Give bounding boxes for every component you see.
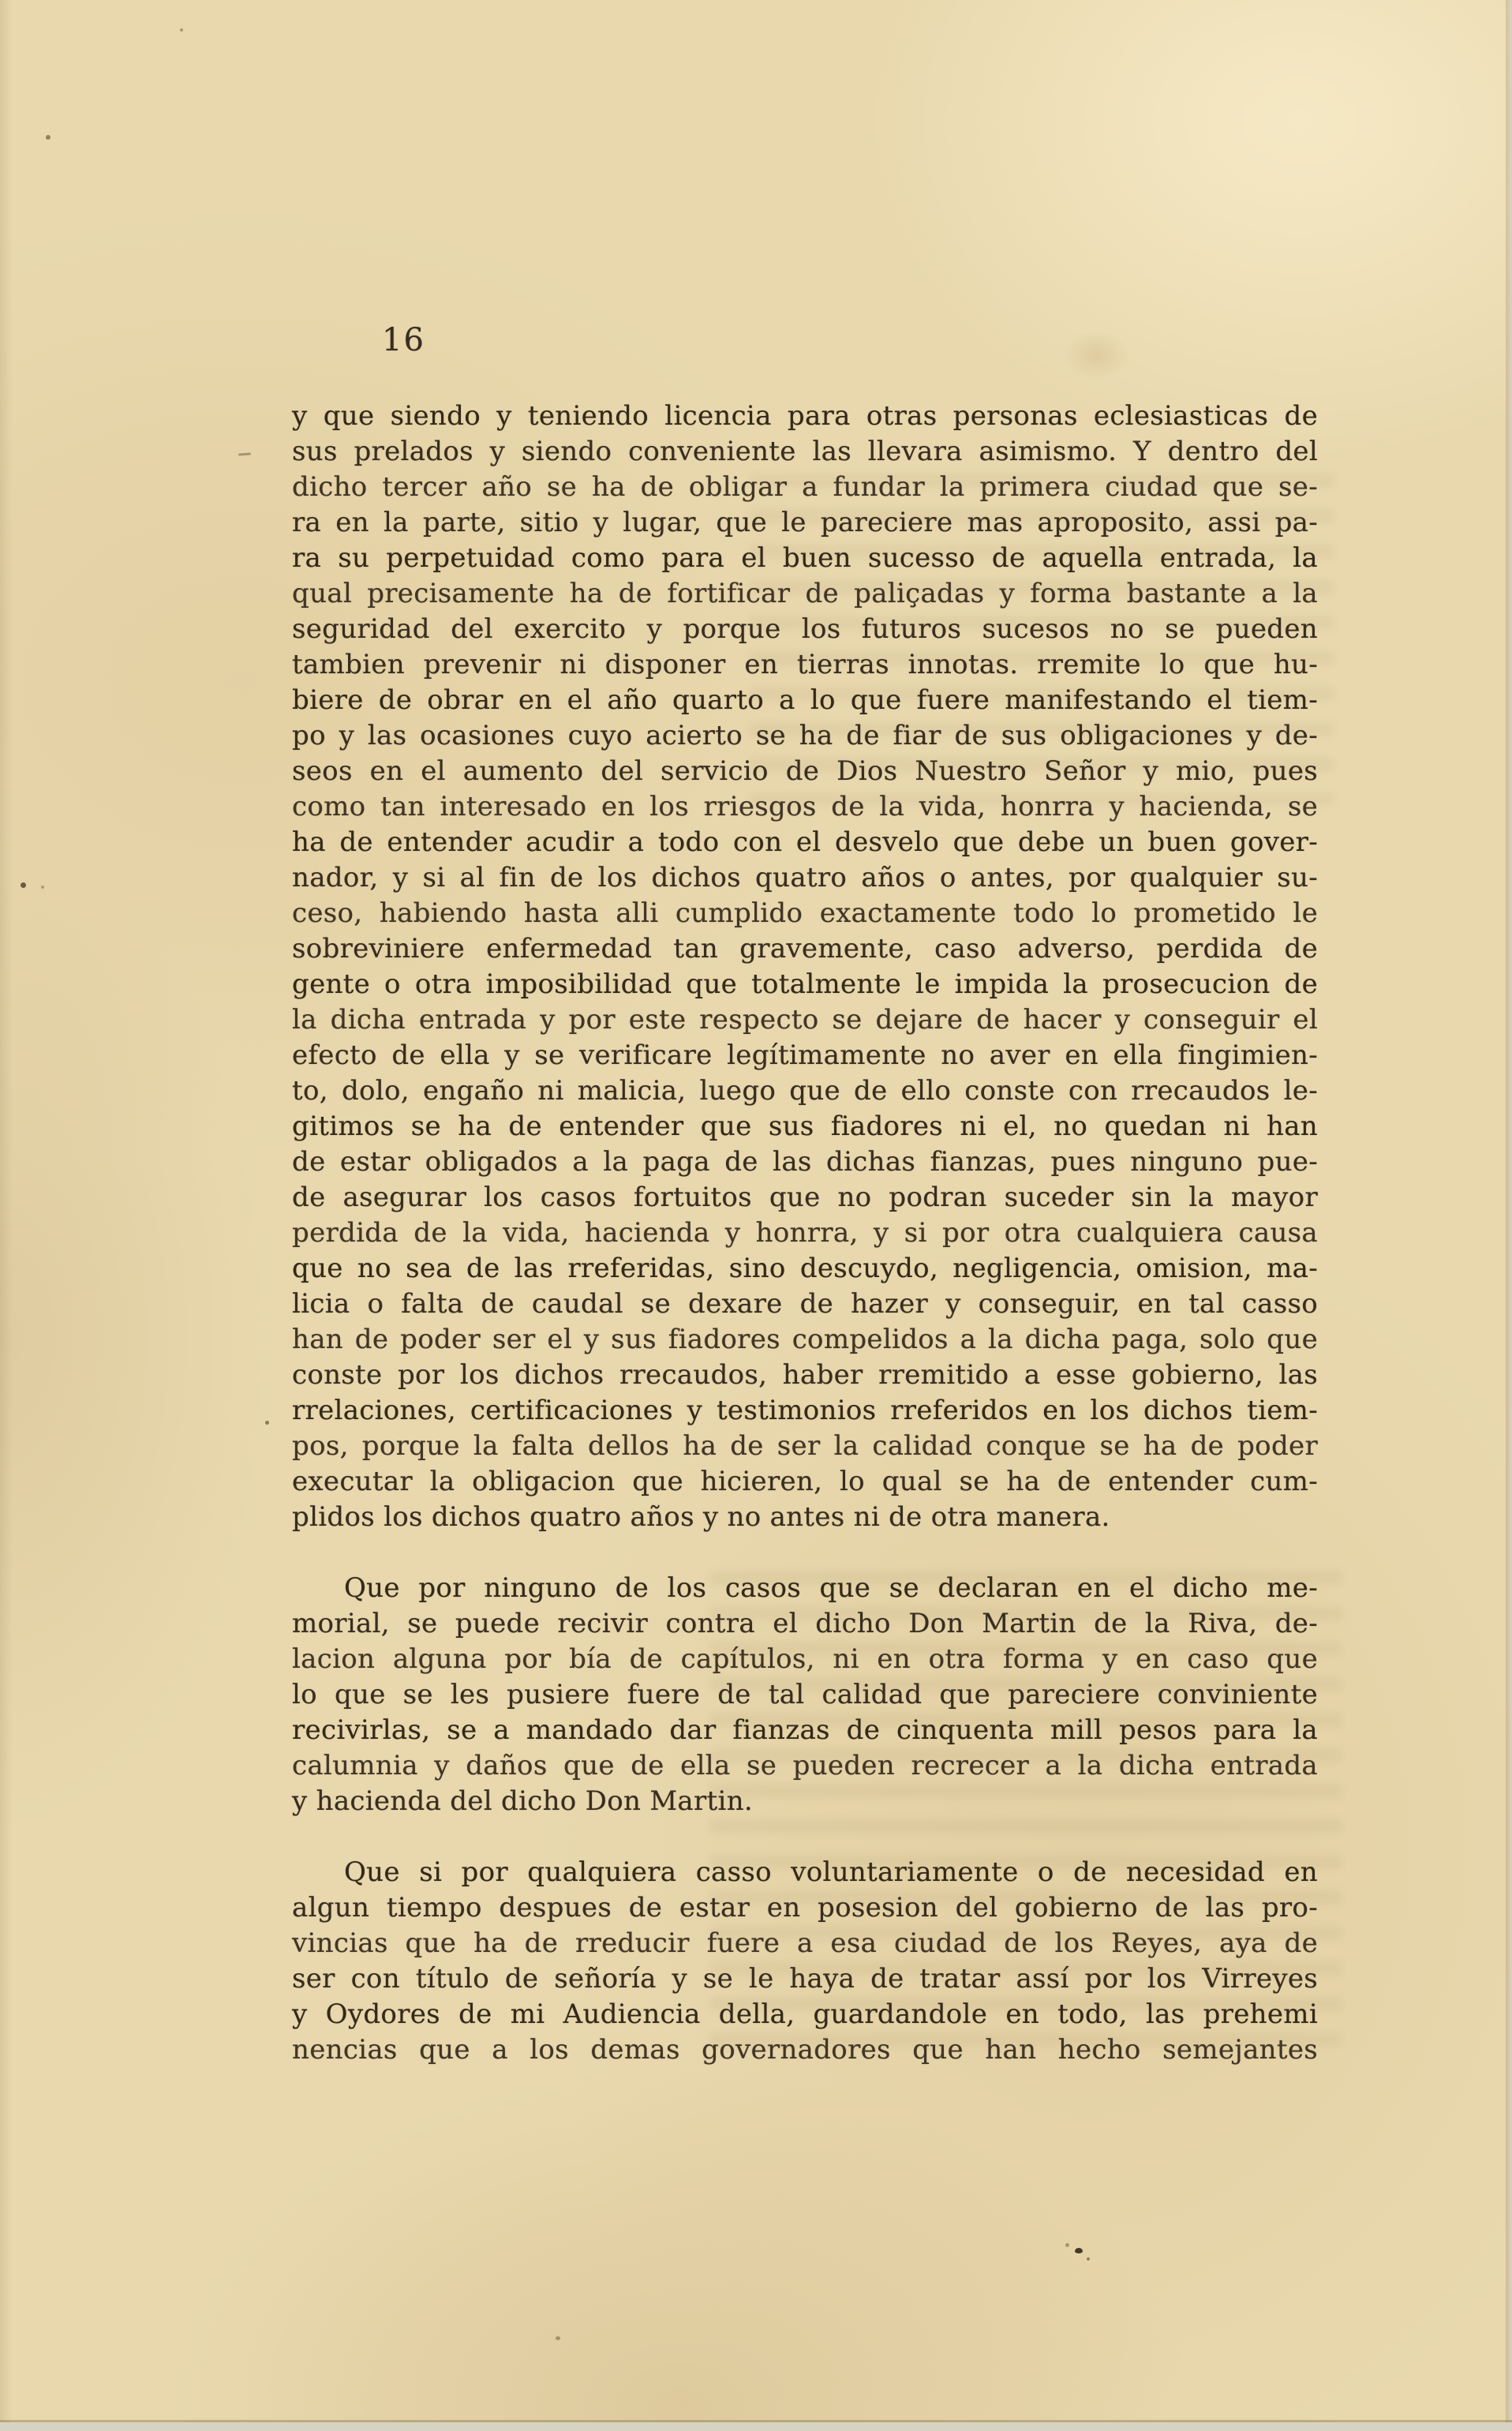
text-line: gitimos se ha de entender que sus fiador… [292,1109,1318,1144]
page-left-shade [0,0,13,2431]
text-line: to, dolo, engaño ni malicia, luego que d… [292,1073,1318,1109]
text-line: como tan interesado en los rriesgos de l… [292,789,1318,825]
scan-right-edge [1506,0,1512,2431]
text-line: ra en la parte, sitio y lugar, que le pa… [292,505,1318,541]
ink-speck [21,882,26,888]
ink-speck [556,2336,560,2340]
paragraph: y que siendo y teniendo licencia para ot… [292,399,1318,1535]
text-line: pos, porque la falta dellos ha de ser la… [292,1429,1318,1464]
text-block: y que siendo y teniendo licencia para ot… [292,399,1318,2068]
text-line: rrelaciones, certificaciones y testimoni… [292,1393,1318,1429]
text-line: vincias que ha de rreducir fuere a esa c… [292,1926,1318,1961]
text-line: biere de obrar en el año quarto a lo que… [292,683,1318,718]
text-line: ha de entender acudir a todo con el desv… [292,825,1318,860]
text-line: seos en el aumento del servicio de Dios … [292,754,1318,789]
ink-speck [1065,2243,1069,2247]
text-line: plidos los dichos quatro años y no antes… [292,1500,1318,1535]
text-line: recivirlas, se a mandado dar fianzas de … [292,1713,1318,1748]
text-line: executar la obligacion que hicieren, lo … [292,1464,1318,1500]
ink-speck [1075,2248,1083,2253]
text-line: Que por ninguno de los casos que se decl… [292,1571,1318,1606]
scanned-book-page: 16 y que siendo y teniendo licencia para… [0,0,1512,2431]
margin-mark [238,452,251,455]
text-line: conste por los dichos rrecaudos, haber r… [292,1358,1318,1393]
text-line: de asegurar los casos fortuitos que no p… [292,1180,1318,1215]
text-line: calumnia y daños que de ella se pueden r… [292,1748,1318,1784]
text-line: perdida de la vida, hacienda y honrra, y… [292,1215,1318,1251]
text-line: nador, y si al fin de los dichos quatro … [292,860,1318,896]
ink-speck [46,135,51,140]
text-line: morial, se puede recivir contra el dicho… [292,1606,1318,1642]
text-line: que no sea de las rreferidas, sino descu… [292,1251,1318,1287]
text-line: de estar obligados a la paga de las dich… [292,1144,1318,1180]
text-line: nencias que a los demas governadores que… [292,2032,1318,2068]
text-line: gente o otra imposibilidad que totalment… [292,967,1318,1002]
text-line: lo que se les pusiere fuere de tal calid… [292,1677,1318,1713]
scan-bottom-edge [0,2420,1512,2431]
text-line: y Oydores de mi Audiencia della, guardan… [292,1997,1318,2032]
text-line: tambien prevenir ni disponer en tierras … [292,647,1318,683]
text-line: po y las ocasiones cuyo acierto se ha de… [292,718,1318,754]
text-line: licia o falta de caudal se dexare de haz… [292,1287,1318,1322]
text-line: qual precisamente ha de fortificar de pa… [292,576,1318,612]
paragraph: Que si por qualquiera casso voluntariame… [292,1855,1318,2068]
ink-speck [1087,2257,1090,2261]
ink-speck [180,28,183,32]
text-line: sobreviniere enfermedad tan gravemente, … [292,931,1318,967]
ink-speck [41,886,44,889]
ink-speck [265,1421,269,1425]
text-line: han de poder ser el y sus fiadores compe… [292,1322,1318,1358]
text-line: algun tiempo despues de estar en posesio… [292,1890,1318,1926]
text-line: sus prelados y siendo conveniente las ll… [292,434,1318,470]
text-line: la dicha entrada y por este respecto se … [292,1002,1318,1038]
text-line: ra su perpetuidad como para el buen suce… [292,541,1318,576]
text-line: Que si por qualquiera casso voluntariame… [292,1855,1318,1890]
paragraph: Que por ninguno de los casos que se decl… [292,1571,1318,1819]
text-line: y que siendo y teniendo licencia para ot… [292,399,1318,434]
page-number: 16 [382,322,425,358]
text-line: lacion alguna por bía de capítulos, ni e… [292,1642,1318,1677]
text-line: y hacienda del dicho Don Martin. [292,1784,1318,1819]
text-line: ceso, habiendo hasta alli cumplido exact… [292,896,1318,931]
text-line: ser con título de señoría y se le haya d… [292,1961,1318,1997]
text-line: dicho tercer año se ha de obligar a fund… [292,470,1318,505]
text-line: efecto de ella y se verificare legítimam… [292,1038,1318,1073]
text-line: seguridad del exercito y porque los futu… [292,612,1318,647]
